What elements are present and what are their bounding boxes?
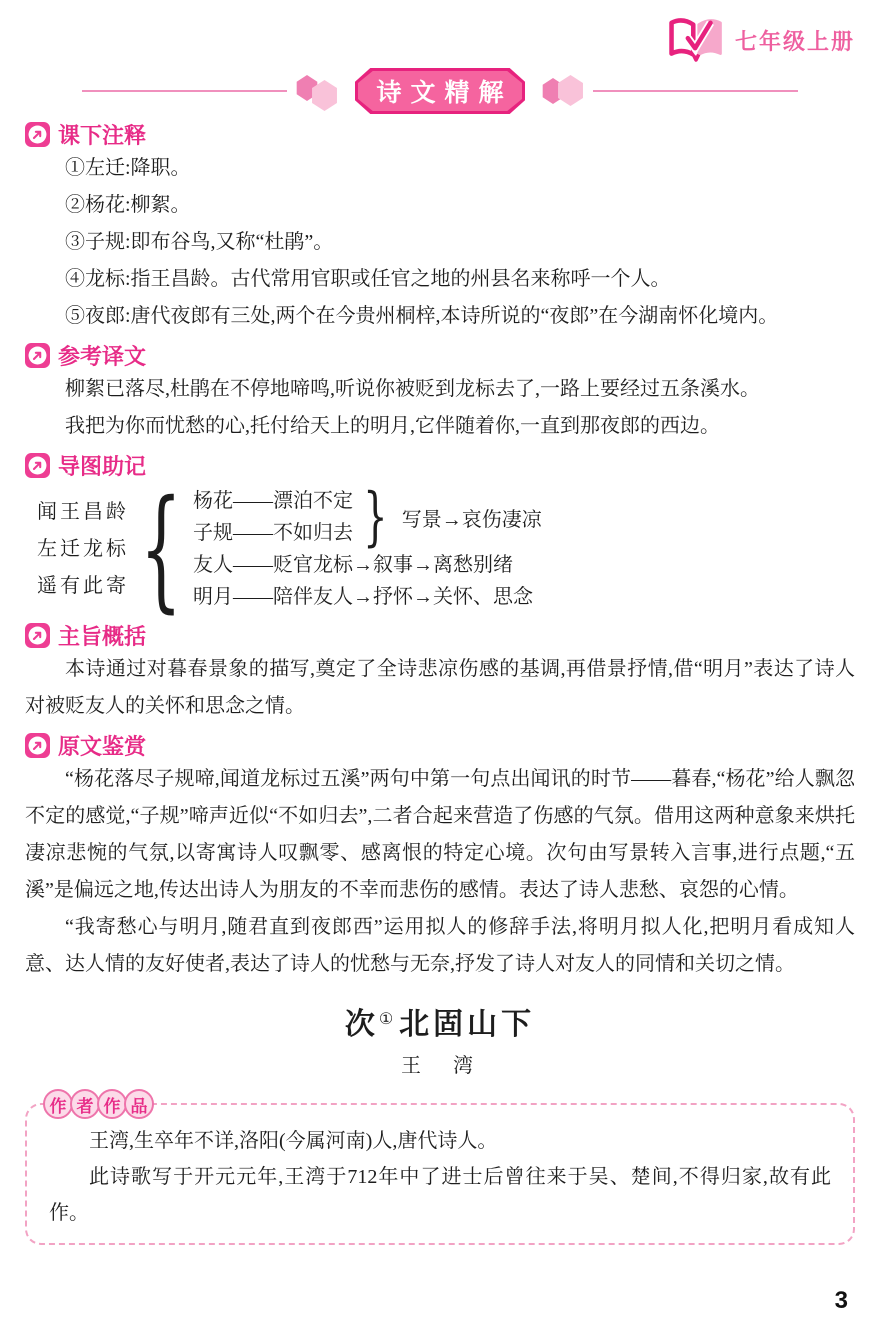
section-title: 课下注释 xyxy=(58,119,146,150)
arrow-circle-icon xyxy=(25,343,50,368)
hexagon-decoration-left xyxy=(293,70,341,112)
theme-paragraph: 本诗通过对暮春景象的描写,奠定了全诗悲凉伤感的基调,再借景抒情,借“明月”表达了… xyxy=(25,651,855,725)
arrow-circle-icon xyxy=(25,623,50,648)
label-char-circle: 者 xyxy=(70,1089,100,1119)
note-item: ④龙标:指王昌龄。古代常用官职或任官之地的州县名来称呼一个人。 xyxy=(25,261,855,298)
arrow-circle-icon xyxy=(25,122,50,147)
banner: 诗文精解 xyxy=(25,68,855,114)
banner-badge: 诗文精解 xyxy=(355,68,525,114)
mindmap-row: 明月——陪伴友人→抒怀→关怀、思念 xyxy=(193,581,542,613)
note-item: ③子规:即布谷鸟,又称“杜鹃”。 xyxy=(25,224,855,261)
author-box-label: 作 者 作 品 xyxy=(43,1089,151,1119)
section-header-translation: 参考译文 xyxy=(25,341,855,369)
banner-line-left xyxy=(82,90,287,92)
page-header: 七年级上册 xyxy=(25,14,855,66)
mindmap-root-label: 闻王昌龄 左迁龙标 遥有此寄 xyxy=(37,494,129,605)
textbook-page: 七年级上册 诗文精解 课下注释 ①左迁:降职。 ②杨花:柳絮。 ③子规:即布谷鸟… xyxy=(0,0,880,1325)
arrow-circle-icon xyxy=(25,733,50,758)
banner-line-right xyxy=(593,90,798,92)
label-char-circle: 作 xyxy=(97,1089,127,1119)
mindmap-scene-group: 杨花——漂泊不定 子规——不如归去 } 写景→哀伤凄凉 xyxy=(193,485,542,549)
note-item: ②杨花:柳絮。 xyxy=(25,187,855,224)
author-box-paragraph: 此诗歌写于开元元年,王湾于712年中了进士后曾往来于吴、楚间,不得归家,故有此作… xyxy=(49,1159,831,1231)
note-item: ①左迁:降职。 xyxy=(25,150,855,187)
section-header-notes: 课下注释 xyxy=(25,120,855,148)
open-book-check-icon xyxy=(667,16,725,64)
author-box: 作 者 作 品 王湾,生卒年不详,洛阳(今属河南)人,唐代诗人。 此诗歌写于开元… xyxy=(25,1103,855,1245)
edition-label: 七年级上册 xyxy=(735,25,855,56)
page-number: 3 xyxy=(835,1287,848,1315)
author-box-paragraph: 王湾,生卒年不详,洛阳(今属河南)人,唐代诗人。 xyxy=(49,1123,831,1159)
mindmap-row: 杨花——漂泊不定 xyxy=(193,485,353,517)
appreciation-paragraph: “我寄愁心与明月,随君直到夜郎西”运用拟人的修辞手法,将明月拟人化,把明月看成知… xyxy=(25,909,855,983)
appreciation-paragraph: “杨花落尽子规啼,闻道龙标过五溪”两句中第一句点出闻讯的时节——暮春,“杨花”给… xyxy=(25,761,855,909)
poem-title: 次①北固山下 xyxy=(25,999,855,1041)
footnote-marker: ① xyxy=(379,1011,393,1028)
left-brace: { xyxy=(140,483,182,615)
translation-paragraph: 柳絮已落尽,杜鹃在不停地啼鸣,听说你被贬到龙标去了,一路上要经过五条溪水。 xyxy=(25,371,855,408)
note-item: ⑤夜郎:唐代夜郎有三处,两个在今贵州桐梓,本诗所说的“夜郎”在今湖南怀化境内。 xyxy=(25,298,855,335)
label-char-circle: 作 xyxy=(43,1089,73,1119)
label-char-circle: 品 xyxy=(124,1089,154,1119)
arrow-circle-icon xyxy=(25,453,50,478)
section-title: 原文鉴赏 xyxy=(58,730,146,761)
mindmap-group-result: 写景→哀伤凄凉 xyxy=(402,503,542,532)
section-title: 参考译文 xyxy=(58,340,146,371)
mindmap-diagram: 闻王昌龄 左迁龙标 遥有此寄 { 杨花——漂泊不定 子规——不如归去 } 写景→… xyxy=(37,483,855,615)
section-title: 主旨概括 xyxy=(58,620,146,651)
mindmap-row: 子规——不如归去 xyxy=(193,517,353,549)
right-brace: } xyxy=(363,485,387,549)
translation-paragraph: 我把为你而忧愁的心,托付给天上的明月,它伴随着你,一直到那夜郎的西边。 xyxy=(25,408,855,445)
section-title: 导图助记 xyxy=(58,450,146,481)
banner-title: 诗文精解 xyxy=(367,73,512,109)
poem-author: 王 湾 xyxy=(25,1049,855,1077)
hexagon-decoration-right xyxy=(539,70,587,112)
section-header-appreciation: 原文鉴赏 xyxy=(25,731,855,759)
